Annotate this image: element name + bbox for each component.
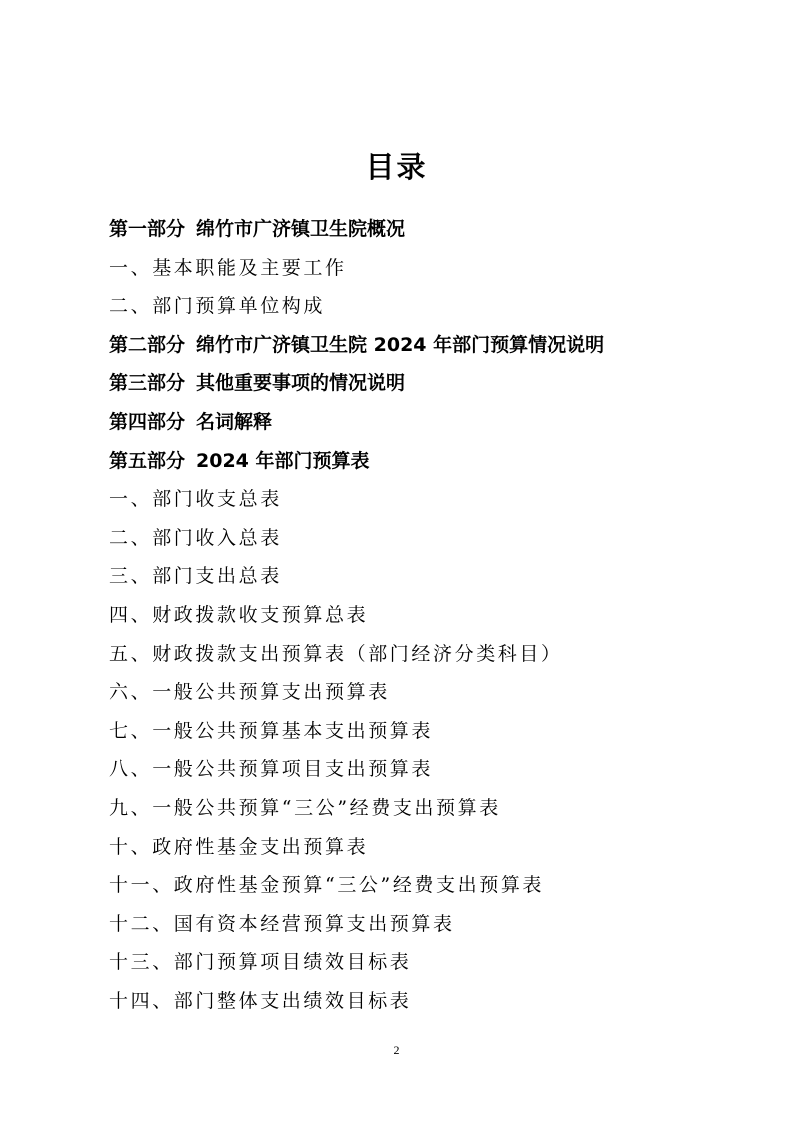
document-page: 目录 第一部分绵竹市广济镇卫生院概况 一、基本职能及主要工作 二、部门预算单位构… (0, 0, 793, 1122)
toc-item[interactable]: 十二、国有资本经营预算支出预算表 (109, 905, 729, 944)
toc-part-label: 第五部分 (109, 450, 185, 472)
toc-item[interactable]: 六、一般公共预算支出预算表 (109, 673, 729, 712)
toc-part-text: 其他重要事项的情况说明 (196, 372, 405, 394)
toc-item[interactable]: 二、部门预算单位构成 (109, 287, 729, 326)
page-number: 2 (0, 1043, 793, 1057)
toc-part-text: 绵竹市广济镇卫生院 2024 年部门预算情况说明 (196, 334, 604, 356)
toc-item[interactable]: 三、部门支出总表 (109, 557, 729, 596)
toc-part-4[interactable]: 第四部分名词解释 (109, 403, 729, 442)
toc-part-5[interactable]: 第五部分2024 年部门预算表 (109, 442, 729, 481)
toc-item[interactable]: 二、部门收入总表 (109, 519, 729, 558)
toc-part-3[interactable]: 第三部分其他重要事项的情况说明 (109, 364, 729, 403)
toc-item[interactable]: 一、基本职能及主要工作 (109, 249, 729, 288)
toc-part-text: 名词解释 (196, 411, 272, 433)
toc-part-text: 2024 年部门预算表 (196, 450, 370, 472)
toc-item[interactable]: 一、部门收支总表 (109, 480, 729, 519)
toc-part-label: 第四部分 (109, 411, 185, 433)
toc-part-label: 第一部分 (109, 218, 185, 240)
toc-item[interactable]: 九、一般公共预算“三公”经费支出预算表 (109, 789, 729, 828)
toc-part-label: 第二部分 (109, 334, 185, 356)
table-of-contents: 第一部分绵竹市广济镇卫生院概况 一、基本职能及主要工作 二、部门预算单位构成 第… (109, 210, 729, 1020)
toc-part-2[interactable]: 第二部分绵竹市广济镇卫生院 2024 年部门预算情况说明 (109, 326, 729, 365)
toc-item[interactable]: 十一、政府性基金预算“三公”经费支出预算表 (109, 866, 729, 905)
toc-part-1[interactable]: 第一部分绵竹市广济镇卫生院概况 (109, 210, 729, 249)
toc-item[interactable]: 十、政府性基金支出预算表 (109, 828, 729, 867)
toc-part-label: 第三部分 (109, 372, 185, 394)
toc-item[interactable]: 七、一般公共预算基本支出预算表 (109, 712, 729, 751)
toc-item[interactable]: 五、财政拨款支出预算表（部门经济分类科目） (109, 635, 729, 674)
page-title: 目录 (0, 147, 793, 187)
toc-item[interactable]: 十三、部门预算项目绩效目标表 (109, 943, 729, 982)
toc-item[interactable]: 八、一般公共预算项目支出预算表 (109, 750, 729, 789)
toc-item[interactable]: 十四、部门整体支出绩效目标表 (109, 982, 729, 1021)
toc-part-text: 绵竹市广济镇卫生院概况 (196, 218, 405, 240)
toc-item[interactable]: 四、财政拨款收支预算总表 (109, 596, 729, 635)
